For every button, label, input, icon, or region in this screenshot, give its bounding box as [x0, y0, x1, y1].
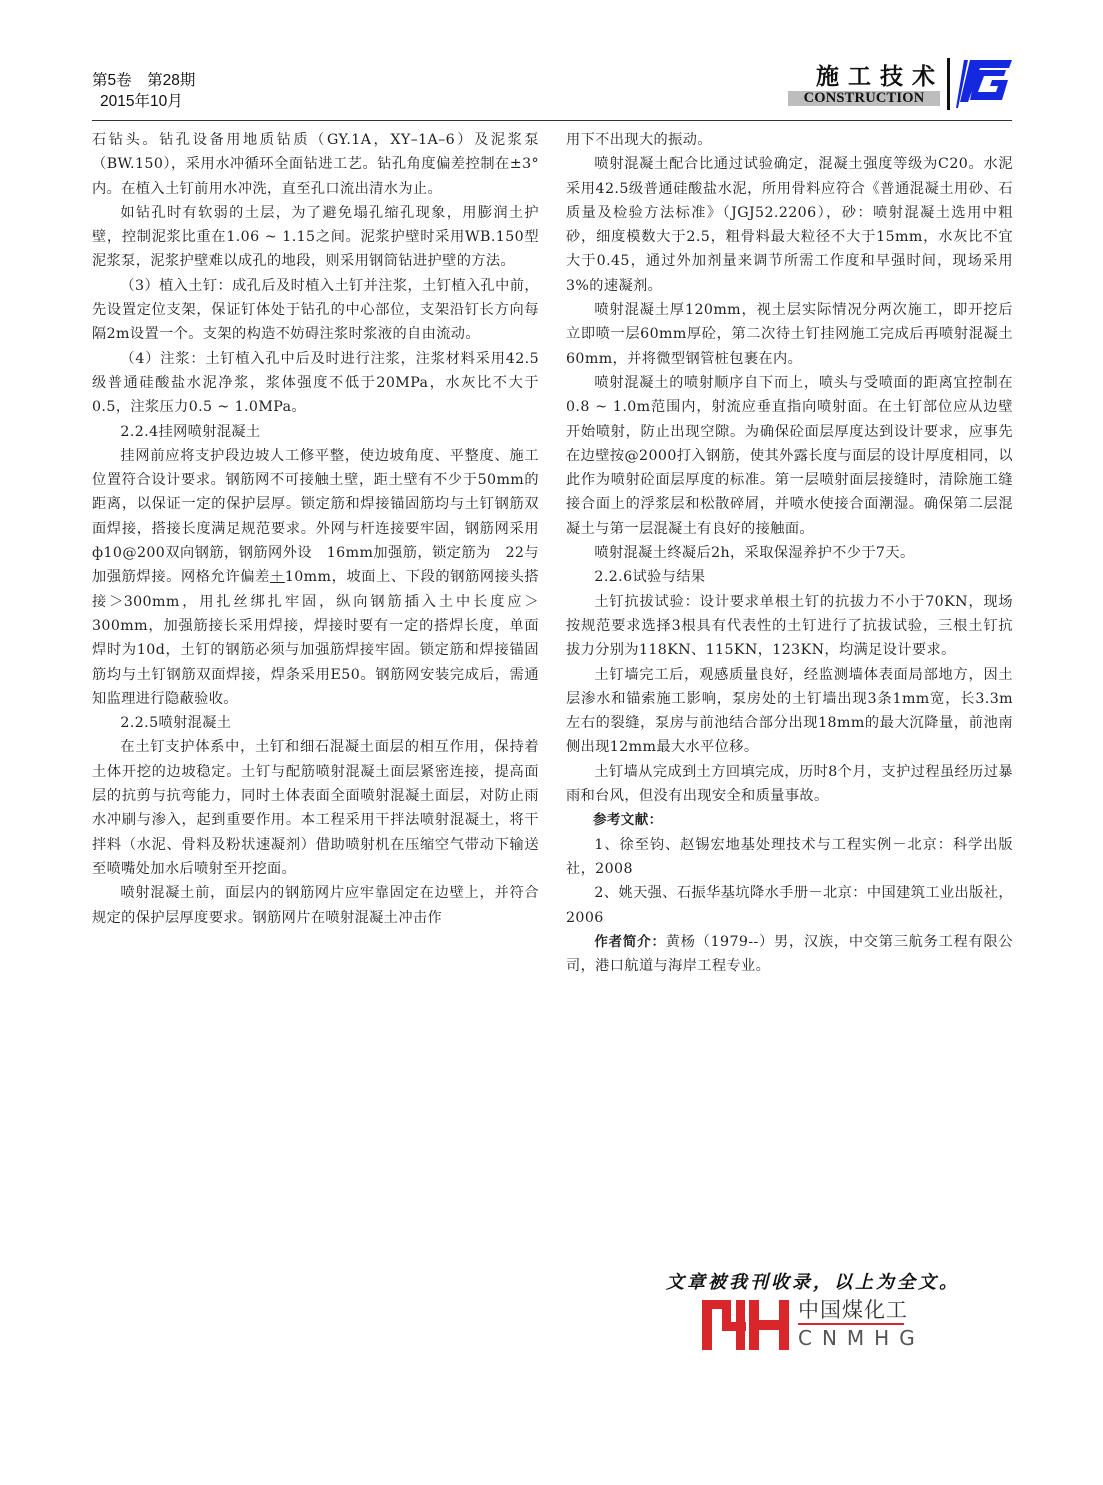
text-run: 10mm，坡面上、下段的钢筋网接头搭接＞300mm，用扎丝绑扎牢固，纵向钢筋插入… [92, 569, 539, 706]
section-heading-2-2-4: 2.2.4挂网喷射混凝土 [92, 420, 539, 444]
plus-minus-symbol: ＋ [270, 569, 285, 585]
text-run: 挂网前应将支护段边坡人工修平整，使边坡角度、平整度、施工位置符合设计要求。钢筋网… [92, 448, 539, 585]
paragraph: 喷射混凝土配合比通过试验确定，混凝土强度等级为C20。水泥采用42.5级普通硅酸… [566, 152, 1013, 298]
paragraph: 喷射混凝土厚120mm，视土层实际情况分两次施工，即开挖后立即喷一层60mm厚砼… [566, 298, 1013, 371]
reference-item: 2、姚天强、石振华基坑降水手册－北京：中国建筑工业出版社，2006 [566, 881, 1013, 930]
inclusion-note: 文章被我刊收录，以上为全文。 [666, 1268, 960, 1294]
journal-title-cn: 施工技术 [804, 58, 944, 91]
paragraph: 如钻孔时有软弱的土层，为了避免塌孔缩孔现象，用膨润土护壁，控制泥浆比重在1.06… [92, 201, 539, 274]
journal-masthead: 施工技术 CONSTRUCTION [788, 58, 948, 110]
paragraph: （3）植入土钉：成孔后及时植入土钉并注浆，土钉植入孔中前，先设置定位支架，保证钉… [92, 274, 539, 347]
author-bio-label: 作者简介： [594, 934, 665, 950]
paragraph: 用下不出现大的振动。 [566, 128, 1013, 152]
masthead-divider [947, 58, 950, 110]
brand-divider [798, 1323, 904, 1325]
paragraph: 喷射混凝土前，面层内的钢筋网片应牢靠固定在边壁上，并符合规定的保护层厚度要求。钢… [92, 881, 539, 930]
paragraph: 在土钉支护体系中，土钉和细石混凝土面层的相互作用，保持着土体开挖的边坡稳定。土钉… [92, 735, 539, 881]
paragraph: 喷射混凝土终凝后2h，采取保湿养护不少于7天。 [566, 541, 1013, 565]
paragraph: 喷射混凝土的喷射顺序自下而上，喷头与受喷面的距离宜控制在0.8 ~ 1.0m范围… [566, 371, 1013, 541]
author-bio: 作者简介：黄杨（1979--）男，汉族，中交第三航务工程有限公司，港口航道与海岸… [566, 930, 1013, 979]
cnmhg-logo-icon [702, 1296, 790, 1350]
volume-issue: 第5卷 第28期 [92, 70, 195, 91]
paragraph: 石钻头。钻孔设备用地质钻质（GY.1A，XY–1A–6）及泥浆泵（BW.150）… [92, 128, 539, 201]
journal-title-en: CONSTRUCTION [788, 91, 940, 106]
section-heading-2-2-5: 2.2.5喷射混凝土 [92, 711, 539, 735]
issue-info: 第5卷 第28期 2015年10月 [92, 70, 195, 112]
paragraph: 土钉墙完工后，观感质量良好，经监测墙体表面局部地方，因土层渗水和锚索施工影响，泵… [566, 663, 1013, 760]
issue-date: 2015年10月 [92, 91, 195, 112]
journal-logo-icon [956, 58, 1014, 110]
paragraph: （4）注浆：土钉植入孔中后及时进行注浆，注浆材料采用42.5级普通硅酸盐水泥净浆… [92, 347, 539, 420]
brand-name-cn: 中国煤化工 [798, 1294, 908, 1324]
paragraph: 土钉抗拔试验：设计要求单根土钉的抗拔力不小于70KN，现场按规范要求选择3根具有… [566, 590, 1013, 663]
brand-name-en: CNMHG [798, 1326, 925, 1350]
right-column: 用下不出现大的振动。 喷射混凝土配合比通过试验确定，混凝土强度等级为C20。水泥… [566, 128, 1013, 978]
paragraph: 挂网前应将支护段边坡人工修平整，使边坡角度、平整度、施工位置符合设计要求。钢筋网… [92, 444, 539, 711]
section-heading-2-2-6: 2.2.6试验与结果 [566, 565, 1013, 589]
reference-item: 1、徐至钧、赵锡宏地基处理技术与工程实例－北京：科学出版社，2008 [566, 833, 1013, 882]
left-column: 石钻头。钻孔设备用地质钻质（GY.1A，XY–1A–6）及泥浆泵（BW.150）… [92, 128, 539, 930]
references-heading: 参考文献： [566, 808, 1013, 832]
paragraph: 土钉墙从完成到土方回填完成，历时8个月，支护过程虽经历过暴雨和台风，但没有出现安… [566, 760, 1013, 809]
header-rule [92, 120, 1012, 121]
